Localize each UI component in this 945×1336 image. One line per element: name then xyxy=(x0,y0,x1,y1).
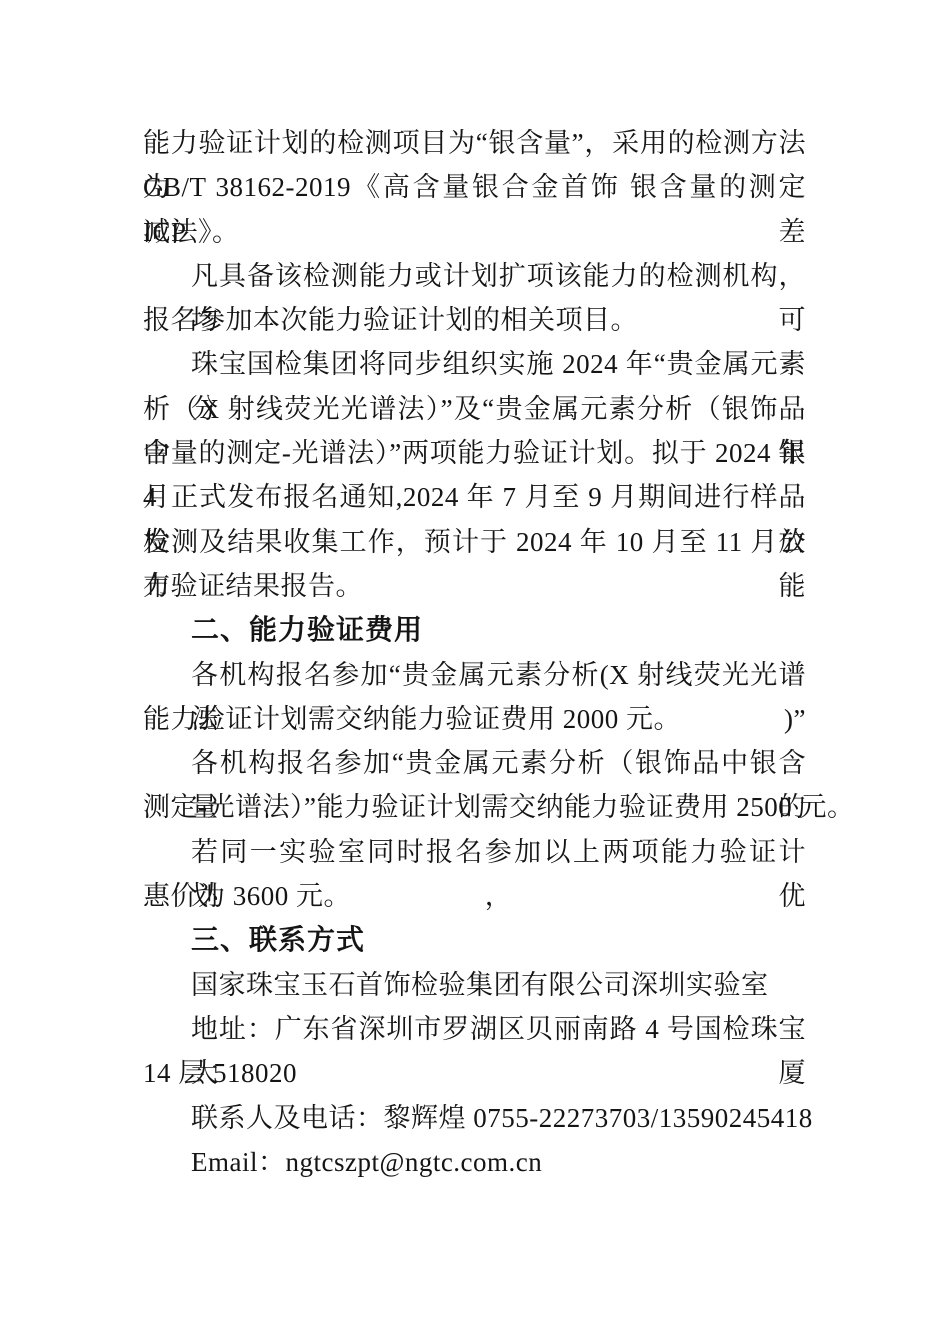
text-line: 凡具备该检测能力或计划扩项该能力的检测机构，均可 xyxy=(143,254,806,298)
text-line: 析（X 射线荧光光谱法）”及“贵金属元素分析（银饰品中银 xyxy=(143,387,806,431)
section-heading-fees: 二、能力验证费用 xyxy=(143,608,806,652)
text-line: GB/T 38162-2019《高含量银合金首饰 银含量的测定 ICP 差 xyxy=(143,165,806,209)
text-line: 检测及结果收集工作，预计于 2024 年 10 月至 11 月公布能 xyxy=(143,520,806,564)
section-heading-contact: 三、联系方式 xyxy=(143,918,806,962)
contact-person-phone: 联系人及电话：黎辉煌 0755-22273703/13590245418 xyxy=(143,1096,806,1140)
text-line: 各机构报名参加“贵金属元素分析（银饰品中银含量的 xyxy=(143,741,806,785)
text-line: 若同一实验室同时报名参加以上两项能力验证计划，优 xyxy=(143,830,806,874)
text-line: 含量的测定-光谱法）”两项能力验证计划。拟于 2024 年 4 xyxy=(143,431,806,475)
document-body: 能力验证计划的检测项目为“银含量”，采用的检测方法为 GB/T 38162-20… xyxy=(143,121,806,1184)
text-line: 珠宝国检集团将同步组织实施 2024 年“贵金属元素分 xyxy=(143,342,806,386)
contact-address-line-1: 地址：广东省深圳市罗湖区贝丽南路 4 号国检珠宝大厦 xyxy=(143,1007,806,1051)
document-page: 能力验证计划的检测项目为“银含量”，采用的检测方法为 GB/T 38162-20… xyxy=(0,0,945,1336)
text-line: 各机构报名参加“贵金属元素分析(X 射线荧光光谱法)” xyxy=(143,653,806,697)
text-line: 月正式发布报名通知,2024 年 7 月至 9 月期间进行样品发放 xyxy=(143,475,806,519)
text-line: 能力验证计划的检测项目为“银含量”，采用的检测方法为 xyxy=(143,121,806,165)
text-line: 测定-光谱法）”能力验证计划需交纳能力验证费用 2500 元。 xyxy=(143,785,806,829)
contact-organization: 国家珠宝玉石首饰检验集团有限公司深圳实验室 xyxy=(143,963,806,1007)
contact-email: Email：ngtcszpt@ngtc.com.cn xyxy=(143,1140,806,1184)
